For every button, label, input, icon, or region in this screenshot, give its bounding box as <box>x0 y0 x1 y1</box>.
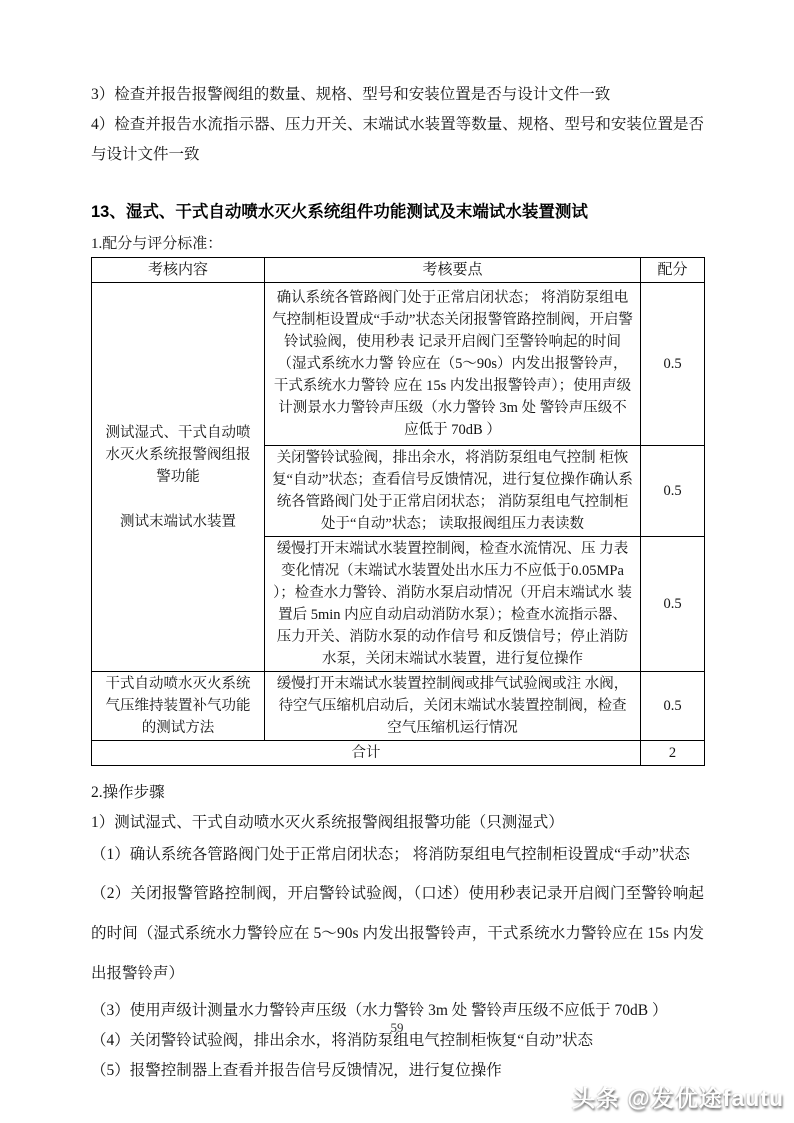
header-exam-content: 考核内容 <box>92 258 265 283</box>
intro-item-3: 3）检查并报告报警阀组的数量、规格、型号和安装位置是否与设计文件一致 <box>91 80 704 110</box>
cell-score-1: 0.5 <box>641 283 705 446</box>
table-total-row: 合计 2 <box>92 741 705 766</box>
cell-exam-content-row4: 干式自动喷水灭火系统气压维持装置补气功能的测试方法 <box>92 672 265 741</box>
scoring-standard-label: 1.配分与评分标准： <box>91 232 704 253</box>
step-1-1: （1）确认系统各管路阀门处于正常启闭状态； 将消防泵组电气控制柜设置成“手动”状… <box>91 838 704 871</box>
header-score: 配分 <box>641 258 705 283</box>
operation-steps: 2.操作步骤 1）测试湿式、干式自动喷水灭火系统报警阀组报警功能（只测湿式） （… <box>91 778 704 1086</box>
section-title: 13、湿式、干式自动喷水灭火系统组件功能测试及末端试水装置测试 <box>91 198 704 222</box>
cell-exam-content-group1: 测试湿式、干式自动喷水灭火系统报警阀组报警功能 测试末端试水装置 <box>92 283 265 672</box>
document-page: { "intro": { "item3": "3）检查并报告报警阀组的数量、规格… <box>0 0 794 1123</box>
exam-content-line1: 测试湿式、干式自动喷水灭火系统报警阀组报警功能 <box>99 422 257 488</box>
table-header-row: 考核内容 考核要点 配分 <box>92 258 705 283</box>
intro-item-4: 4）检查并报告水流指示器、压力开关、末端试水装置等数量、规格、型号和安装位置是否… <box>91 110 704 170</box>
step-1: 1）测试湿式、干式自动喷水灭火系统报警阀组报警功能（只测湿式） <box>91 808 704 838</box>
cell-exam-point-2: 关闭警铃试验阀，排出余水，将消防泵组电气控制 柜恢复“自动”状态；查看信号反馈情… <box>265 446 641 537</box>
cell-total-score: 2 <box>641 741 705 766</box>
scoring-table: 考核内容 考核要点 配分 测试湿式、干式自动喷水灭火系统报警阀组报警功能 测试末… <box>91 257 705 766</box>
page-content: 3）检查并报告报警阀组的数量、规格、型号和安装位置是否与设计文件一致 4）检查并… <box>91 80 704 1086</box>
cell-total-label: 合计 <box>92 741 641 766</box>
cell-exam-point-3: 缓慢打开末端试水装置控制阀，检查水流情况、压 力表变化情况（末端试水装置处出水压… <box>265 537 641 672</box>
page-number: 59 <box>0 1020 794 1036</box>
cell-exam-point-1: 确认系统各管路阀门处于正常启闭状态； 将消防泵组电气控制柜设置成“手动”状态关闭… <box>265 283 641 446</box>
cell-exam-point-4: 缓慢打开末端试水装置控制阀或排气试验阀或注 水阀，待空气压缩机启动后，关闭末端试… <box>265 672 641 741</box>
steps-heading: 2.操作步骤 <box>91 778 704 808</box>
watermark: 头条 @发优途fautu <box>572 1080 784 1113</box>
cell-score-3: 0.5 <box>641 537 705 672</box>
step-1-2: （2）关闭报警管路控制阀，开启警铃试验阀，（口述）使用秒表记录开启阀门至警铃响起… <box>91 874 704 994</box>
exam-content-line2: 测试末端试水装置 <box>99 511 257 533</box>
cell-score-2: 0.5 <box>641 446 705 537</box>
table-row-4: 干式自动喷水灭火系统气压维持装置补气功能的测试方法 缓慢打开末端试水装置控制阀或… <box>92 672 705 741</box>
cell-score-4: 0.5 <box>641 672 705 741</box>
table-row-1: 测试湿式、干式自动喷水灭火系统报警阀组报警功能 测试末端试水装置 确认系统各管路… <box>92 283 705 446</box>
header-exam-points: 考核要点 <box>265 258 641 283</box>
